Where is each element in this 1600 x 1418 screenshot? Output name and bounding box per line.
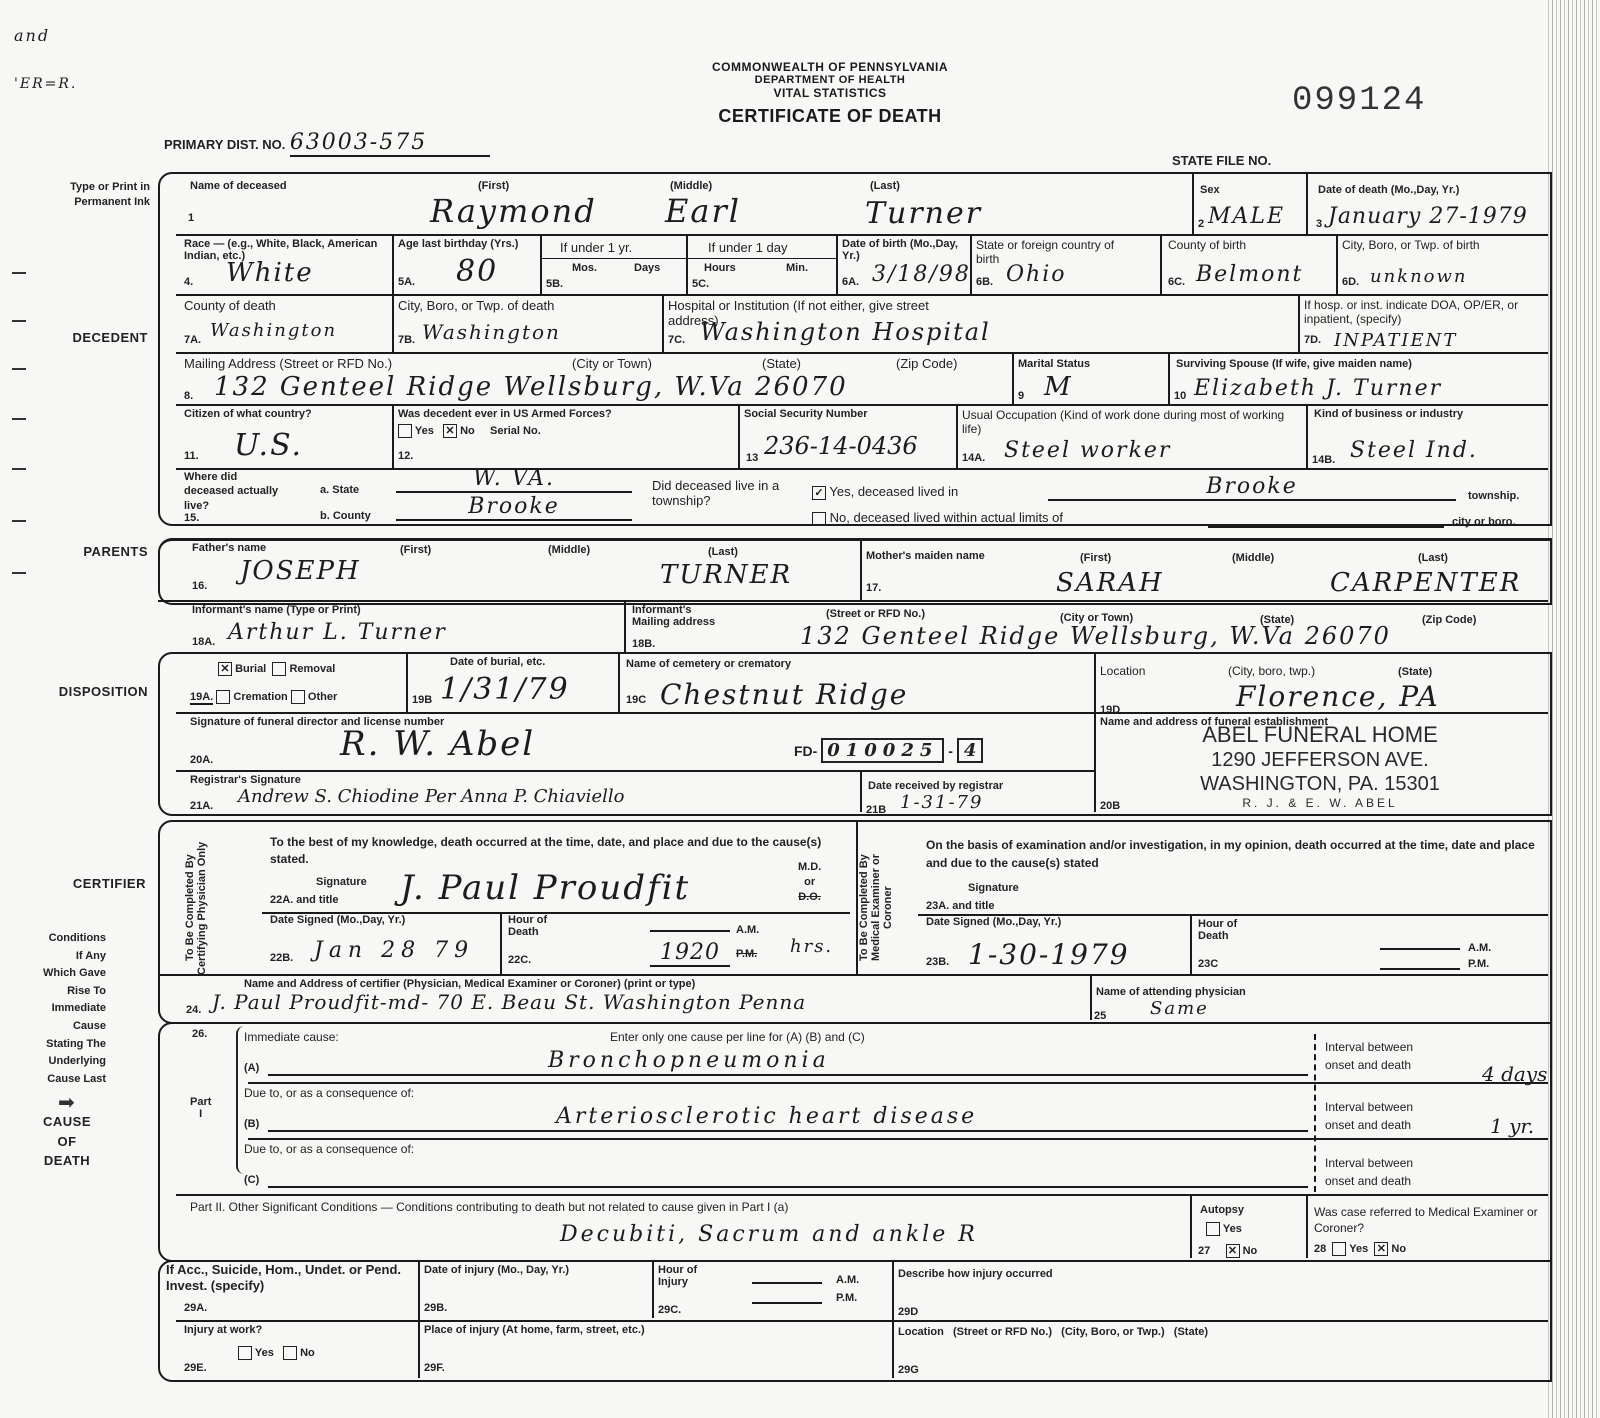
- father-middle-label: (Middle): [548, 544, 590, 556]
- father-first-label: (First): [400, 544, 431, 556]
- cause-instruction: Enter only one cause per line for (A) (B…: [610, 1030, 865, 1044]
- me-referred-options: 28 Yes ✕ No: [1314, 1242, 1406, 1256]
- city-limits-field: [1208, 512, 1444, 528]
- residence-county-value: Brooke: [396, 494, 632, 521]
- field-num: 26.: [192, 1028, 207, 1040]
- serial-number: 099124: [1292, 82, 1426, 120]
- death-city-label: City, Boro, or Twp. of death: [398, 298, 554, 313]
- field-num: 10: [1174, 390, 1186, 402]
- margin-note: and: [14, 26, 50, 45]
- margin-tick: [12, 320, 26, 322]
- cemetery-value: Chestnut Ridge: [660, 678, 908, 711]
- work-no-checkbox[interactable]: [283, 1346, 297, 1360]
- disposition-options-row1: ✕ Burial Removal: [218, 662, 335, 676]
- field-num: 19D: [1100, 704, 1120, 716]
- type-or-print-note: Type or Print in Permanent Ink: [60, 180, 150, 210]
- first-label: (First): [478, 180, 509, 192]
- page-title: CERTIFICATE OF DEATH: [620, 106, 1040, 127]
- certifier-title-options: M.D. or D.O.: [798, 860, 821, 905]
- field-num: 16.: [192, 580, 207, 592]
- registrar-date-value: 1-31-79: [900, 792, 983, 813]
- sex-value: MALE: [1208, 204, 1285, 229]
- spouse-value: Elizabeth J. Turner: [1194, 376, 1442, 401]
- field-num: 9: [1018, 390, 1024, 402]
- field-num: 29E.: [184, 1362, 207, 1374]
- death-city-value: Washington: [422, 320, 561, 344]
- race-value: White: [226, 258, 314, 288]
- doa-label: If hosp. or inst. indicate DOA, OP/ER, o…: [1304, 298, 1549, 326]
- hours-label: Hours: [704, 262, 736, 274]
- field-num: 8.: [184, 390, 193, 402]
- funeral-director-signature: R. W. Abel: [340, 724, 535, 764]
- margin-tick: [12, 520, 26, 522]
- hour-of-death-value: 1920: [650, 940, 730, 967]
- due-to-label: Due to, or as a consequence of:: [244, 1086, 414, 1100]
- field-num: 17.: [866, 582, 881, 594]
- township-no-checkbox[interactable]: [812, 512, 826, 526]
- mother-middle-label: (Middle): [1232, 552, 1274, 564]
- field-num: 6C.: [1168, 276, 1185, 288]
- field-num: 22B.: [270, 952, 293, 964]
- days-label: Days: [634, 262, 660, 274]
- minutes-label: Min.: [786, 262, 808, 274]
- funeral-home-owners: R. J. & E. W. ABEL: [1160, 796, 1480, 810]
- disposition-options-row2: 19A. Cremation Other: [190, 690, 337, 704]
- ssn-label: Social Security Number: [744, 408, 868, 420]
- cause-c-field: [268, 1184, 1308, 1188]
- township-suffix: township.: [1468, 490, 1519, 502]
- field-num: 29G: [898, 1364, 919, 1376]
- field-num: 18A.: [192, 636, 215, 648]
- middle-label: (Middle): [670, 180, 712, 192]
- father-last-label: (Last): [708, 546, 738, 558]
- cause-a-label: (A): [244, 1062, 259, 1074]
- injury-pm-label: P.M.: [836, 1292, 857, 1304]
- hours-suffix: hrs.: [790, 936, 833, 957]
- pm-label: P.M.: [736, 948, 757, 960]
- field-num: 4.: [184, 276, 193, 288]
- field-num: 3: [1316, 218, 1322, 230]
- certifier-address-value: J. Paul Proudfit-md- 70 E. Beau St. Wash…: [212, 990, 806, 1014]
- field-num: 23A. and title: [926, 900, 994, 912]
- location-value: Florence, PA: [1236, 680, 1440, 713]
- name-label: Name of deceased: [190, 180, 287, 192]
- mailing-address-label: Mailing Address (Street or RFD No.): [184, 356, 392, 371]
- fd-license: FD- 010025 - 4: [794, 738, 983, 763]
- township-yes-option: ✓ Yes, deceased lived in: [812, 484, 958, 500]
- work-yes-checkbox[interactable]: [238, 1346, 252, 1360]
- hospital-value: Washington Hospital: [700, 318, 991, 346]
- medical-examiner-note: To Be Completed By Medical Examiner or C…: [858, 838, 898, 978]
- mother-label: Mother's maiden name: [866, 550, 985, 562]
- margin-tick: [12, 368, 26, 370]
- part-2-label: Part II. Other Significant Conditions — …: [190, 1200, 788, 1214]
- field-num: 20A.: [190, 754, 213, 766]
- injury-hour-label: Hour of Injury: [658, 1264, 708, 1288]
- zip-label: (Zip Code): [1422, 614, 1476, 626]
- funeral-home-city: WASHINGTON, PA. 15301: [1160, 772, 1480, 796]
- section-label-disposition: DISPOSITION: [20, 684, 148, 699]
- ssn-value: 236-14-0436: [764, 432, 918, 460]
- autopsy-no-checkbox[interactable]: ✕: [1226, 1244, 1240, 1258]
- injury-at-work-options: Yes No: [238, 1346, 315, 1360]
- last-label: (Last): [870, 180, 900, 192]
- header-commonwealth: COMMONWEALTH OF PENNSYLVANIA: [620, 60, 1040, 74]
- injury-describe-label: Describe how injury occurred: [898, 1268, 1053, 1280]
- birth-state-value: Ohio: [1006, 262, 1067, 287]
- section-label-certifier: CERTIFIER: [20, 876, 146, 891]
- armed-no-checkbox[interactable]: ✕: [443, 424, 457, 438]
- marital-status-value: M: [1044, 372, 1073, 402]
- margin-tick: [12, 468, 26, 470]
- injury-am-label: A.M.: [836, 1274, 859, 1286]
- field-num: 29C.: [658, 1304, 681, 1316]
- date-of-birth-value: 3/18/98: [872, 262, 971, 287]
- industry-value: Steel Ind.: [1350, 438, 1478, 463]
- cemetery-label: Name of cemetery or crematory: [626, 658, 791, 670]
- field-num: 23B.: [926, 956, 949, 968]
- citizen-label: Citizen of what country?: [184, 408, 312, 420]
- date-of-death-label: Date of death (Mo.,Day, Yr.): [1318, 184, 1459, 196]
- interval-c-label: Interval between onset and death: [1325, 1154, 1415, 1190]
- field-num: 6D.: [1342, 276, 1359, 288]
- birth-city-label: City, Boro, or Twp. of birth: [1342, 238, 1532, 252]
- field-num: 14B.: [1312, 454, 1335, 466]
- injury-date-label: Date of injury (Mo., Day, Yr.): [424, 1264, 569, 1276]
- mother-first-value: SARAH: [1056, 568, 1164, 598]
- location-state-label: (State): [1398, 666, 1432, 678]
- city-suffix: city or boro.: [1452, 516, 1516, 528]
- field-num: 2: [1198, 218, 1204, 230]
- other-checkbox[interactable]: [291, 690, 305, 704]
- me-statement: On the basis of examination and/or inves…: [926, 836, 1546, 872]
- cause-b-value: Arteriosclerotic heart disease: [556, 1104, 977, 1129]
- field-num: 6B.: [976, 276, 993, 288]
- township-value: Brooke: [1048, 474, 1456, 501]
- burial-date-value: 1/31/79: [440, 672, 570, 707]
- interval-b-value: 1 yr.: [1490, 1114, 1534, 1138]
- township-yes-checkbox[interactable]: ✓: [812, 486, 826, 500]
- primary-dist-label: PRIMARY DIST. NO.: [164, 137, 285, 152]
- field-num: 14A.: [962, 452, 985, 464]
- margin-tick: [12, 572, 26, 574]
- certificate-header: COMMONWEALTH OF PENNSYLVANIA DEPARTMENT …: [620, 60, 1040, 127]
- header-department: DEPARTMENT OF HEALTH: [620, 74, 1040, 86]
- interval-a-label: Interval between onset and death: [1325, 1038, 1415, 1074]
- hour-of-death-label: Hour of Death: [508, 914, 578, 938]
- field-num: 1: [188, 212, 194, 224]
- field-num: 19C: [626, 694, 646, 706]
- decedent-middle-name: Earl: [665, 192, 741, 230]
- father-last-value: TURNER: [660, 560, 792, 590]
- funeral-home-street: 1290 JEFFERSON AVE.: [1160, 748, 1480, 772]
- margin-tick: [12, 418, 26, 420]
- mail-zip-label: (Zip Code): [896, 356, 957, 371]
- injury-at-work-label: Injury at work?: [184, 1324, 262, 1336]
- armed-forces-options: Yes ✕ No Serial No.: [398, 424, 541, 438]
- section-label-parents: PARENTS: [20, 544, 148, 559]
- death-county-value: Washington: [210, 320, 337, 341]
- under-1-day-label: If under 1 day: [708, 240, 788, 255]
- field-num: 11.: [184, 450, 199, 462]
- armed-yes-checkbox[interactable]: [398, 424, 412, 438]
- location-city-label: (City, boro, twp.): [1228, 664, 1315, 678]
- sex-label: Sex: [1200, 184, 1220, 196]
- months-label: Mos.: [572, 262, 597, 274]
- spouse-label: Surviving Spouse (If wife, give maiden n…: [1176, 358, 1412, 370]
- margin-note: 'ER=R.: [14, 76, 77, 92]
- field-num: 7A.: [184, 334, 201, 346]
- decedent-first-name: Raymond: [430, 192, 597, 230]
- birth-county-value: Belmont: [1196, 262, 1303, 287]
- marital-status-label: Marital Status: [1018, 358, 1090, 370]
- section-label-cause-of-death: CAUSE OF DEATH: [30, 1112, 104, 1171]
- registrar-date-label: Date received by registrar: [868, 780, 1003, 792]
- age-label: Age last birthday (Yrs.): [398, 238, 538, 250]
- signature-label: Signature: [316, 876, 367, 888]
- certifier-signature: J. Paul Proudfit: [400, 868, 690, 908]
- father-label: Father's name: [192, 542, 266, 554]
- date-signed-label: Date Signed (Mo.,Day, Yr.): [270, 914, 405, 926]
- street-label: (Street or RFD No.): [826, 608, 925, 620]
- mother-last-value: CARPENTER: [1330, 568, 1521, 598]
- field-num: 5A.: [398, 276, 415, 288]
- informant-label: Informant's name (Type or Print): [192, 604, 361, 616]
- header-vital-statistics: VITAL STATISTICS: [620, 86, 1040, 100]
- mailing-address-value: 132 Genteel Ridge Wellsburg, W.Va 26070: [214, 372, 848, 402]
- registrar-signature: Andrew S. Chiodine Per Anna P. Chiaviell…: [238, 786, 624, 807]
- birth-city-value: unknown: [1370, 266, 1468, 287]
- field-num: 23C: [1198, 958, 1218, 970]
- residence-state-value: W. VA.: [396, 466, 632, 493]
- field-num: 6A.: [842, 276, 859, 288]
- am-label: A.M.: [736, 924, 759, 936]
- township-no-option: No, deceased lived within actual limits …: [812, 510, 1063, 526]
- birth-county-label: County of birth: [1168, 238, 1246, 252]
- mother-last-label: (Last): [1418, 552, 1448, 564]
- residence-label: Where did deceased actually live?: [184, 470, 284, 513]
- primary-dist: PRIMARY DIST. NO. 63003-575: [164, 130, 490, 157]
- field-num: 20B: [1100, 800, 1120, 812]
- date-signed-value: Jan 28 79: [314, 938, 474, 963]
- due-to-label-c: Due to, or as a consequence of:: [244, 1142, 414, 1156]
- field-num: 7C.: [668, 334, 685, 346]
- field-num: 12.: [398, 450, 413, 462]
- state-file-label: STATE FILE NO.: [1172, 154, 1271, 169]
- field-num: 5C.: [692, 278, 709, 290]
- fd-license-number: 010025: [821, 738, 944, 763]
- injury-type-label: If Acc., Suicide, Hom., Undet. or Pend. …: [166, 1262, 416, 1293]
- father-first-value: JOSEPH: [240, 556, 361, 586]
- mail-state-label: (State): [762, 356, 801, 371]
- under-1-year-label: If under 1 yr.: [560, 240, 632, 255]
- field-num: 7D.: [1304, 334, 1321, 346]
- occupation-value: Steel worker: [1004, 438, 1171, 463]
- age-value: 80: [456, 254, 498, 289]
- autopsy-no-option: 27 ✕ No: [1198, 1244, 1257, 1258]
- physician-only-note: To Be Completed By Certifying Physician …: [184, 838, 226, 978]
- me-date-signed-value: 1-30-1979: [968, 938, 1130, 971]
- cause-a-value: Bronchopneumonia: [548, 1048, 830, 1073]
- attending-physician-value: Same: [1150, 998, 1209, 1019]
- attending-physician-label: Name of attending physician: [1096, 986, 1246, 998]
- registrar-signature-label: Registrar's Signature: [190, 774, 301, 786]
- location-label: Location: [1100, 664, 1145, 678]
- fd-license-suffix: 4: [957, 738, 984, 763]
- citizen-value: U.S.: [234, 428, 303, 463]
- burial-date-label: Date of burial, etc.: [450, 656, 545, 668]
- field-num: 19B: [412, 694, 432, 706]
- primary-dist-value: 63003-575: [290, 130, 490, 157]
- me-pm-label: P.M.: [1468, 958, 1489, 970]
- injury-place-label: Place of injury (At home, farm, street, …: [424, 1324, 645, 1336]
- informant-address-label: Informant's Mailing address: [632, 604, 722, 628]
- part-1-label: Part I: [190, 1096, 211, 1120]
- field-num: 29F.: [424, 1362, 445, 1374]
- me-hour-label: Hour of Death: [1198, 918, 1268, 942]
- field-num: 29B.: [424, 1302, 447, 1314]
- field-num: 29A.: [184, 1302, 207, 1314]
- conditions-note: Conditions If Any Which Gave Rise To Imm…: [10, 930, 106, 1088]
- burial-checkbox[interactable]: ✕: [218, 662, 232, 676]
- certifier-statement: To the best of my knowledge, death occur…: [270, 834, 850, 869]
- autopsy-yes-checkbox[interactable]: [1206, 1222, 1220, 1236]
- funeral-home-stamp: ABEL FUNERAL HOME 1290 JEFFERSON AVE. WA…: [1160, 722, 1480, 811]
- industry-label: Kind of business or industry: [1314, 408, 1463, 420]
- margin-tick: [12, 272, 26, 274]
- death-county-label: County of death: [184, 298, 276, 313]
- field-num: 21A.: [190, 800, 213, 812]
- field-num: 22A. and title: [270, 894, 338, 906]
- cause-c-label: (C): [244, 1174, 259, 1186]
- field-num: 21B: [866, 804, 886, 816]
- section-label-decedent: DECEDENT: [20, 330, 148, 345]
- informant-address-value: 132 Genteel Ridge Wellsburg, W.Va 26070: [800, 622, 1391, 650]
- injury-location-label: Location (Street or RFD No.) (City, Boro…: [898, 1326, 1208, 1338]
- immediate-cause-label: Immediate cause:: [244, 1030, 339, 1044]
- field-num: 22C.: [508, 954, 531, 966]
- field-num: 15.: [184, 512, 199, 524]
- field-num: 29D: [898, 1306, 918, 1318]
- me-referred-yes-checkbox[interactable]: [1332, 1242, 1346, 1256]
- residence-state-label: a. State: [320, 484, 359, 496]
- cremation-checkbox[interactable]: [216, 690, 230, 704]
- field-num: 25: [1094, 1010, 1106, 1022]
- me-signature-label: Signature: [968, 882, 1019, 894]
- field-num: 24.: [186, 1004, 201, 1016]
- mail-city-label: (City or Town): [572, 356, 652, 371]
- removal-checkbox[interactable]: [272, 662, 286, 676]
- me-referred-label: Was case referred to Medical Examiner or…: [1314, 1204, 1550, 1236]
- field-num: 5B.: [546, 278, 563, 290]
- interval-b-label: Interval between onset and death: [1325, 1098, 1415, 1134]
- certifier-address-label: Name and Address of certifier (Physician…: [244, 978, 695, 990]
- me-referred-no-checkbox[interactable]: ✕: [1374, 1242, 1388, 1256]
- part-2-value: Decubiti, Sacrum and ankle R: [560, 1222, 978, 1247]
- scan-noise-edge: [1545, 0, 1600, 1418]
- cause-b-label: (B): [244, 1118, 259, 1130]
- date-of-death-value: January 27-1979: [1328, 204, 1528, 229]
- autopsy-label: Autopsy: [1200, 1204, 1244, 1216]
- doa-value: INPATIENT: [1334, 330, 1457, 351]
- mother-first-label: (First): [1080, 552, 1111, 564]
- me-am-label: A.M.: [1468, 942, 1491, 954]
- occupation-label: Usual Occupation (Kind of work done duri…: [962, 408, 1292, 436]
- decedent-last-name: Turner: [865, 196, 982, 231]
- autopsy-yes-option: Yes: [1206, 1222, 1242, 1236]
- field-num: 18B.: [632, 638, 655, 650]
- informant-value: Arthur L. Turner: [228, 620, 447, 645]
- funeral-home-name: ABEL FUNERAL HOME: [1160, 722, 1480, 748]
- township-question: Did deceased live in a township?: [652, 478, 812, 508]
- residence-county-label: b. County: [320, 510, 371, 522]
- date-of-birth-label: Date of birth (Mo.,Day, Yr.): [842, 238, 972, 262]
- armed-forces-label: Was decedent ever in US Armed Forces?: [398, 408, 612, 420]
- field-num: 7B.: [398, 334, 415, 346]
- me-date-signed-label: Date Signed (Mo.,Day, Yr.): [926, 916, 1061, 928]
- field-num: 13: [746, 452, 758, 464]
